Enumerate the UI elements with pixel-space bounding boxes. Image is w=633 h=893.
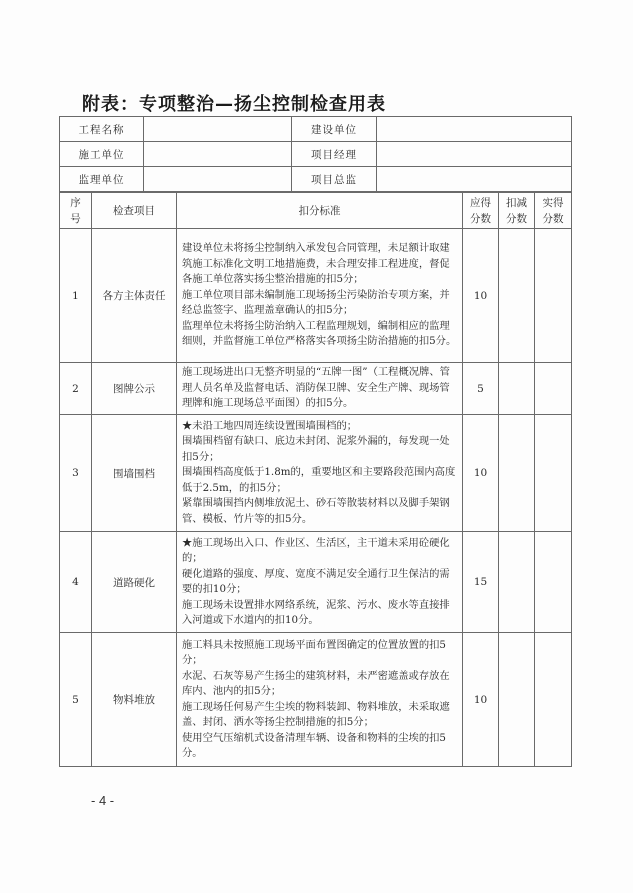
row-seq: 5 bbox=[60, 633, 92, 767]
chief-supervisor-field[interactable] bbox=[377, 167, 572, 192]
row-item: 围墙围档 bbox=[92, 415, 177, 532]
info-row-supervisor: 监理单位 项目总监 bbox=[60, 167, 572, 192]
page-number: - 4 - bbox=[91, 793, 114, 808]
header-actual: 实得分数 bbox=[535, 193, 572, 229]
info-row-project: 工程名称 建设单位 bbox=[60, 117, 572, 142]
table-header-row: 序号 检查项目 扣分标准 应得分数 扣减分数 实得分数 bbox=[60, 193, 572, 229]
row-item: 各方主体责任 bbox=[92, 229, 177, 363]
header-deduction: 扣减分数 bbox=[499, 193, 535, 229]
row-deduction-field[interactable] bbox=[499, 532, 535, 633]
info-row-contractor: 施工单位 项目经理 bbox=[60, 142, 572, 167]
table-row: 3 围墙围档 ★未沿工地四周连续设置围墙围档的；围墙围档留有缺口、底边未封闭、泥… bbox=[60, 415, 572, 532]
row-criteria: ★施工现场出入口、作业区、生活区，主干道未采用砼硬化的；硬化道路的强度、厚度、宽… bbox=[177, 532, 463, 633]
header-criteria: 扣分标准 bbox=[177, 193, 463, 229]
row-criteria: ★未沿工地四周连续设置围墙围档的；围墙围档留有缺口、底边未封闭、泥浆外漏的，每发… bbox=[177, 415, 463, 532]
row-actual-field[interactable] bbox=[535, 415, 572, 532]
contractor-label: 施工单位 bbox=[60, 142, 144, 167]
header-item: 检查项目 bbox=[92, 193, 177, 229]
builder-label: 建设单位 bbox=[292, 117, 377, 142]
project-info-table: 工程名称 建设单位 施工单位 项目经理 监理单位 项目总监 bbox=[59, 116, 572, 192]
row-seq: 2 bbox=[60, 363, 92, 415]
row-deduction-field[interactable] bbox=[499, 363, 535, 415]
header-seq: 序号 bbox=[60, 193, 92, 229]
row-full-score: 5 bbox=[463, 363, 499, 415]
supervisor-field[interactable] bbox=[144, 167, 292, 192]
row-full-score: 10 bbox=[463, 633, 499, 767]
row-deduction-field[interactable] bbox=[499, 633, 535, 767]
row-full-score: 15 bbox=[463, 532, 499, 633]
row-item: 道路硬化 bbox=[92, 532, 177, 633]
table-row: 2 图牌公示 施工现场进出口无整齐明显的“五牌一图”（工程概况牌、管理人员名单及… bbox=[60, 363, 572, 415]
row-criteria: 建设单位未将扬尘控制纳入承发包合同管理，未足额计取建筑施工标准化文明工地措施费，… bbox=[177, 229, 463, 363]
project-manager-field[interactable] bbox=[377, 142, 572, 167]
chief-supervisor-label: 项目总监 bbox=[292, 167, 377, 192]
header-full-score: 应得分数 bbox=[463, 193, 499, 229]
supervisor-label: 监理单位 bbox=[60, 167, 144, 192]
row-criteria: 施工料具未按照施工现场平面布置图确定的位置放置的扣5分；水泥、石灰等易产生扬尘的… bbox=[177, 633, 463, 767]
row-seq: 4 bbox=[60, 532, 92, 633]
contractor-field[interactable] bbox=[144, 142, 292, 167]
row-item: 图牌公示 bbox=[92, 363, 177, 415]
builder-field[interactable] bbox=[377, 117, 572, 142]
project-manager-label: 项目经理 bbox=[292, 142, 377, 167]
row-seq: 1 bbox=[60, 229, 92, 363]
row-full-score: 10 bbox=[463, 229, 499, 363]
row-deduction-field[interactable] bbox=[499, 415, 535, 532]
row-actual-field[interactable] bbox=[535, 363, 572, 415]
row-criteria: 施工现场进出口无整齐明显的“五牌一图”（工程概况牌、管理人员名单及监督电话、消防… bbox=[177, 363, 463, 415]
row-actual-field[interactable] bbox=[535, 229, 572, 363]
row-seq: 3 bbox=[60, 415, 92, 532]
row-actual-field[interactable] bbox=[535, 633, 572, 767]
project-name-label: 工程名称 bbox=[60, 117, 144, 142]
row-full-score: 10 bbox=[463, 415, 499, 532]
table-row: 5 物料堆放 施工料具未按照施工现场平面布置图确定的位置放置的扣5分；水泥、石灰… bbox=[60, 633, 572, 767]
document-title: 附表：专项整治—扬尘控制检查用表 bbox=[82, 90, 386, 116]
row-actual-field[interactable] bbox=[535, 532, 572, 633]
table-row: 4 道路硬化 ★施工现场出入口、作业区、生活区，主干道未采用砼硬化的；硬化道路的… bbox=[60, 532, 572, 633]
row-deduction-field[interactable] bbox=[499, 229, 535, 363]
table-row: 1 各方主体责任 建设单位未将扬尘控制纳入承发包合同管理，未足额计取建筑施工标准… bbox=[60, 229, 572, 363]
inspection-table: 序号 检查项目 扣分标准 应得分数 扣减分数 实得分数 1 各方主体责任 建设单… bbox=[59, 192, 572, 767]
project-name-field[interactable] bbox=[144, 117, 292, 142]
row-item: 物料堆放 bbox=[92, 633, 177, 767]
